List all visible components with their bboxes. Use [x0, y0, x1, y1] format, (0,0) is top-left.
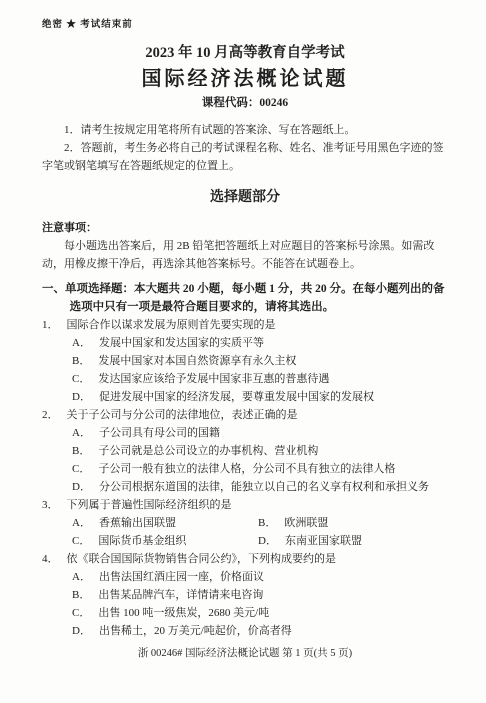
option-d: D．东南亚国家联盟: [258, 532, 448, 550]
option-text: 子公司一般有独立的法律人格，分公司不具有独立的法律人格: [98, 463, 395, 475]
notice-text: 每小题选出答案后，用 2B 铅笔把答题纸上对应题目的答案标号涂黑。如需改动，用橡…: [42, 237, 448, 273]
option-text: 国际货币基金组织: [98, 535, 186, 547]
option-c: C．子公司一般有独立的法律人格，分公司不具有独立的法律人格: [72, 460, 448, 478]
option-b: B．欧洲联盟: [258, 514, 448, 532]
question-number: 3．: [42, 499, 59, 511]
option-label: B．: [72, 355, 90, 367]
option-text: 出售法国红酒庄园一座，价格面议: [99, 571, 264, 583]
question-stem: 国际合作以谋求发展为原则首先要实现的是: [67, 319, 276, 331]
option-label: D．: [72, 391, 91, 403]
option-b: B．子公司就是总公司设立的办事机构、营业机构: [72, 442, 448, 460]
option-text: 发展中国家和发达国家的实质平等: [99, 337, 264, 349]
question-options: A．子公司具有母公司的国籍 B．子公司就是总公司设立的办事机构、营业机构 C．子…: [72, 424, 448, 496]
option-text: 东南亚国家联盟: [285, 535, 362, 547]
option-text: 促进发展中国家的经济发展，要尊重发展中国家的发展权: [99, 391, 374, 403]
paper-title: 国际经济法概论试题: [42, 65, 448, 93]
option-label: B．: [258, 517, 276, 529]
question-stem-row: 4．依《联合国国际货物销售合同公约》，下列构成要约的是: [42, 550, 448, 568]
option-a: A．香蕉输出国联盟: [72, 514, 258, 532]
instructions-block: 1．请考生按规定用笔将所有试题的答案涂、写在答题纸上。 2．答题前，考生务必将自…: [42, 121, 448, 175]
option-label: C．: [72, 535, 90, 547]
option-text: 发达国家应该给予发展中国家非互惠的普惠待遇: [98, 373, 329, 385]
question-stem-row: 1．国际合作以谋求发展为原则首先要实现的是: [42, 316, 448, 334]
classification-banner: 绝密 ★ 考试结束前: [42, 16, 448, 34]
option-a: A．出售法国红酒庄园一座，价格面议: [72, 568, 448, 586]
option-text: 出售稀土，20 万美元/吨起价，价高者得: [99, 625, 292, 637]
question-stem: 下列属于普遍性国际经济组织的是: [67, 499, 232, 511]
question-4: 4．依《联合国国际货物销售合同公约》，下列构成要约的是 A．出售法国红酒庄园一座…: [42, 550, 448, 640]
option-d: D．出售稀土，20 万美元/吨起价，价高者得: [72, 622, 448, 640]
option-label: C．: [72, 607, 90, 619]
option-label: A．: [72, 517, 91, 529]
question-3: 3．下列属于普遍性国际经济组织的是 A．香蕉输出国联盟 B．欧洲联盟 C．国际货…: [42, 496, 448, 550]
question-options: A．出售法国红酒庄园一座，价格面议 B．出售某品牌汽车，详情请来电咨询 C．出售…: [72, 568, 448, 640]
option-label: D．: [72, 625, 91, 637]
question-1: 1．国际合作以谋求发展为原则首先要实现的是 A．发展中国家和发达国家的实质平等 …: [42, 316, 448, 406]
option-d: D．分公司根据东道国的法律，能独立以自己的名义享有权利和承担义务: [72, 478, 448, 496]
option-c: C．出售 100 吨一级焦炭，2680 美元/吨: [72, 604, 448, 622]
option-label: C．: [72, 373, 90, 385]
option-label: D．: [72, 481, 91, 493]
question-options: A．香蕉输出国联盟 B．欧洲联盟 C．国际货币基金组织 D．东南亚国家联盟: [72, 514, 448, 550]
option-label: A．: [72, 571, 91, 583]
option-label: B．: [72, 589, 90, 601]
instruction-item: 2．答题前，考生务必将自己的考试课程名称、姓名、准考证号用黑色字迹的签字笔或钢笔…: [42, 139, 448, 175]
question-number: 2．: [42, 409, 59, 421]
option-text: 香蕉输出国联盟: [99, 517, 176, 529]
part-title: 选择题部分: [42, 188, 448, 208]
option-text: 子公司就是总公司设立的办事机构、营业机构: [98, 445, 318, 457]
option-text: 出售 100 吨一级焦炭，2680 美元/吨: [98, 607, 269, 619]
question-number: 4．: [42, 553, 59, 565]
option-text: 子公司具有母公司的国籍: [99, 427, 220, 439]
option-text: 分公司根据东道国的法律，能独立以自己的名义享有权利和承担义务: [99, 481, 429, 493]
option-d: D．促进发展中国家的经济发展，要尊重发展中国家的发展权: [72, 388, 448, 406]
option-b: B．发展中国家对本国自然资源享有永久主权: [72, 352, 448, 370]
section-one-heading: 一、单项选择题：本大题共 20 小题，每小题 1 分，共 20 分。在每小题列出…: [42, 280, 448, 316]
exam-paper-page: 绝密 ★ 考试结束前 2023 年 10 月高等教育自学考试 国际经济法概论试题…: [0, 0, 486, 703]
option-c: C．国际货币基金组织: [72, 532, 258, 550]
question-stem: 依《联合国国际货物销售合同公约》，下列构成要约的是: [67, 553, 337, 565]
option-label: C．: [72, 463, 90, 475]
option-text: 发展中国家对本国自然资源享有永久主权: [98, 355, 296, 367]
option-c: C．发达国家应该给予发展中国家非互惠的普惠待遇: [72, 370, 448, 388]
option-text: 出售某品牌汽车，详情请来电咨询: [98, 589, 263, 601]
option-label: D．: [258, 535, 277, 547]
page-footer: 浙 00246# 国际经济法概论试题 第 1 页(共 5 页): [42, 645, 448, 663]
option-label: A．: [72, 427, 91, 439]
option-b: B．出售某品牌汽车，详情请来电咨询: [72, 586, 448, 604]
question-stem-row: 3．下列属于普遍性国际经济组织的是: [42, 496, 448, 514]
exam-session-title: 2023 年 10 月高等教育自学考试: [42, 42, 448, 64]
question-number: 1．: [42, 319, 59, 331]
notice-label: 注意事项：: [42, 219, 448, 237]
instruction-item: 1．请考生按规定用笔将所有试题的答案涂、写在答题纸上。: [42, 121, 448, 139]
question-stem-row: 2．关于子公司与分公司的法律地位，表述正确的是: [42, 406, 448, 424]
option-a: A．发展中国家和发达国家的实质平等: [72, 334, 448, 352]
question-options: A．发展中国家和发达国家的实质平等 B．发展中国家对本国自然资源享有永久主权 C…: [72, 334, 448, 406]
option-a: A．子公司具有母公司的国籍: [72, 424, 448, 442]
question-2: 2．关于子公司与分公司的法律地位，表述正确的是 A．子公司具有母公司的国籍 B．…: [42, 406, 448, 496]
option-label: B．: [72, 445, 90, 457]
option-label: A．: [72, 337, 91, 349]
option-text: 欧洲联盟: [284, 517, 328, 529]
question-stem: 关于子公司与分公司的法律地位，表述正确的是: [67, 409, 298, 421]
course-code: 课程代码：00246: [42, 94, 448, 112]
